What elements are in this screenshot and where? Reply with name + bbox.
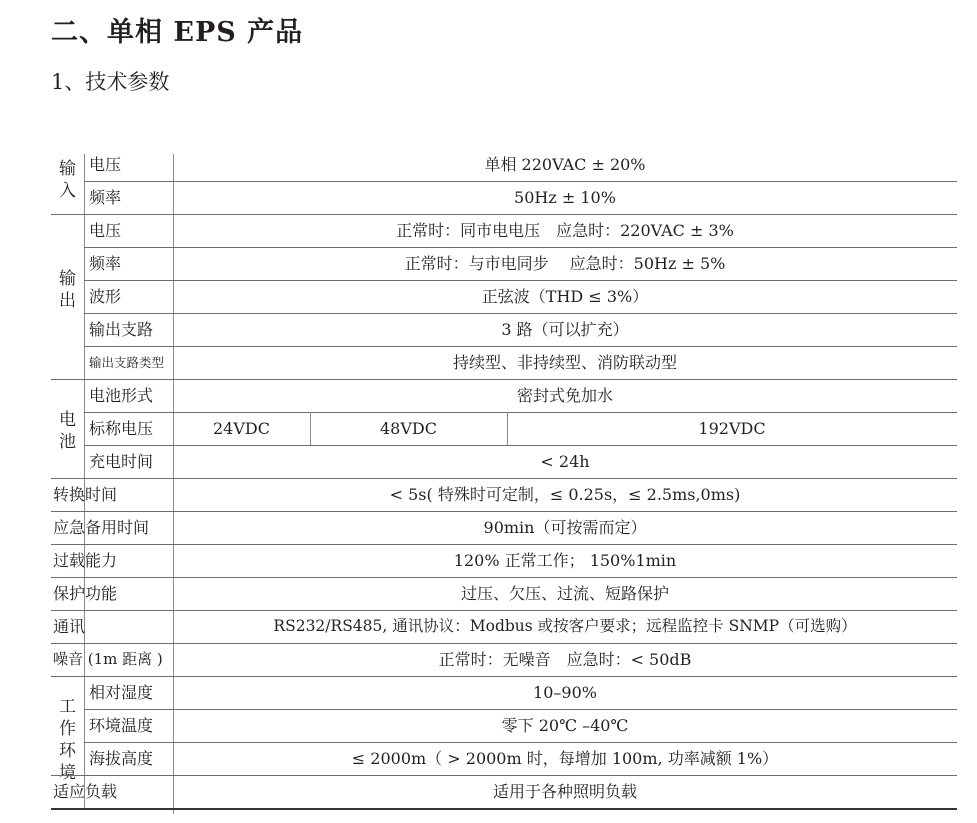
- row-value: 零下 20℃ –40℃: [173, 709, 957, 742]
- row-value: 单相 220VAC ± 20%: [173, 148, 957, 181]
- row-label: 波形: [89, 280, 174, 313]
- table-row: 标称电压 24VDC 48VDC 192VDC: [51, 412, 957, 445]
- table-row: 电压 正常时：同市电电压 应急时：220VAC ± 3%: [51, 214, 957, 247]
- row-value: 密封式免加水: [173, 379, 957, 412]
- row-value: RS232/RS485, 通讯协议：Modbus 或按客户要求；远程监控卡 SN…: [173, 610, 957, 643]
- row-label: 频率: [89, 181, 174, 214]
- table-row: 海拔高度 ≤ 2000m（ > 2000m 时，每增加 100m, 功率减额 1…: [51, 742, 957, 775]
- voltage-option-24: 24VDC: [173, 412, 310, 445]
- table-row: 应急备用时间 90min（可按需而定）: [51, 511, 957, 544]
- table-row: 环境温度 零下 20℃ –40℃: [51, 709, 957, 742]
- table-row: 频率 50Hz ± 10%: [51, 181, 957, 214]
- row-label: 充电时间: [89, 445, 174, 478]
- row-value: 90min（可按需而定）: [173, 511, 957, 544]
- table-row: 电池形式 密封式免加水: [51, 379, 957, 412]
- row-value: < 5s( 特殊时可定制，≤ 0.25s，≤ 2.5ms,0ms): [173, 478, 957, 511]
- row-label: 噪音 (1m 距离 ): [53, 643, 173, 676]
- cell-divider: [310, 412, 311, 445]
- table-bottom-border: [51, 808, 957, 810]
- table-row: 输出支路 3 路（可以扩充）: [51, 313, 957, 346]
- row-label: 输出支路类型: [89, 346, 174, 379]
- table-row: 通讯 RS232/RS485, 通讯协议：Modbus 或按客户要求；远程监控卡…: [51, 610, 957, 643]
- row-label: 适应负载: [53, 775, 173, 808]
- table-row: 保护功能 过压、欠压、过流、短路保护: [51, 577, 957, 610]
- row-label: 通讯: [53, 610, 173, 643]
- row-label: 转换时间: [53, 478, 173, 511]
- row-label: 环境温度: [89, 709, 174, 742]
- table-row: 转换时间 < 5s( 特殊时可定制，≤ 0.25s，≤ 2.5ms,0ms): [51, 478, 957, 511]
- row-label: 过载能力: [53, 544, 173, 577]
- row-value: 10–90%: [173, 676, 957, 709]
- table-row: 充电时间 < 24h: [51, 445, 957, 478]
- row-label: 输出支路: [89, 313, 174, 346]
- row-label: 电池形式: [89, 379, 174, 412]
- section-title: 二、单相 EPS 产品: [51, 10, 303, 49]
- row-value: 适用于各种照明负载: [173, 775, 957, 808]
- row-label: 应急备用时间: [53, 511, 173, 544]
- voltage-option-48: 48VDC: [310, 412, 507, 445]
- row-value: 3 路（可以扩充）: [173, 313, 957, 346]
- row-value: 正常时：与市电同步 应急时：50Hz ± 5%: [173, 247, 957, 280]
- row-label: 相对湿度: [89, 676, 174, 709]
- row-label: 电压: [89, 148, 174, 181]
- row-label: 电压: [89, 214, 174, 247]
- row-value: 正弦波（THD ≤ 3%）: [173, 280, 957, 313]
- table-row: 波形 正弦波（THD ≤ 3%）: [51, 280, 957, 313]
- row-label: 保护功能: [53, 577, 173, 610]
- table-row: 输出支路类型 持续型、非持续型、消防联动型: [51, 346, 957, 379]
- voltage-option-192: 192VDC: [507, 412, 957, 445]
- row-value: 持续型、非持续型、消防联动型: [173, 346, 957, 379]
- row-value: 正常时：同市电电压 应急时：220VAC ± 3%: [173, 214, 957, 247]
- table-row: 相对湿度 10–90%: [51, 676, 957, 709]
- table-row: 电压 单相 220VAC ± 20%: [51, 148, 957, 181]
- table-row: 噪音 (1m 距离 ) 正常时：无噪音 应急时：< 50dB: [51, 643, 957, 676]
- table-row: 过载能力 120% 正常工作； 150%1min: [51, 544, 957, 577]
- row-value: 正常时：无噪音 应急时：< 50dB: [173, 643, 957, 676]
- table-row: 频率 正常时：与市电同步 应急时：50Hz ± 5%: [51, 247, 957, 280]
- subsection-title: 1、技术参数: [51, 66, 169, 96]
- row-value: 120% 正常工作； 150%1min: [173, 544, 957, 577]
- row-label: 频率: [89, 247, 174, 280]
- table-row: 适应负载 适用于各种照明负载: [51, 775, 957, 808]
- row-value: < 24h: [173, 445, 957, 478]
- row-value: ≤ 2000m（ > 2000m 时，每增加 100m, 功率减额 1%）: [173, 742, 957, 775]
- row-label: 海拔高度: [89, 742, 174, 775]
- cell-divider: [507, 412, 508, 445]
- row-value: 过压、欠压、过流、短路保护: [173, 577, 957, 610]
- row-label: 标称电压: [89, 412, 174, 445]
- row-value: 50Hz ± 10%: [173, 181, 957, 214]
